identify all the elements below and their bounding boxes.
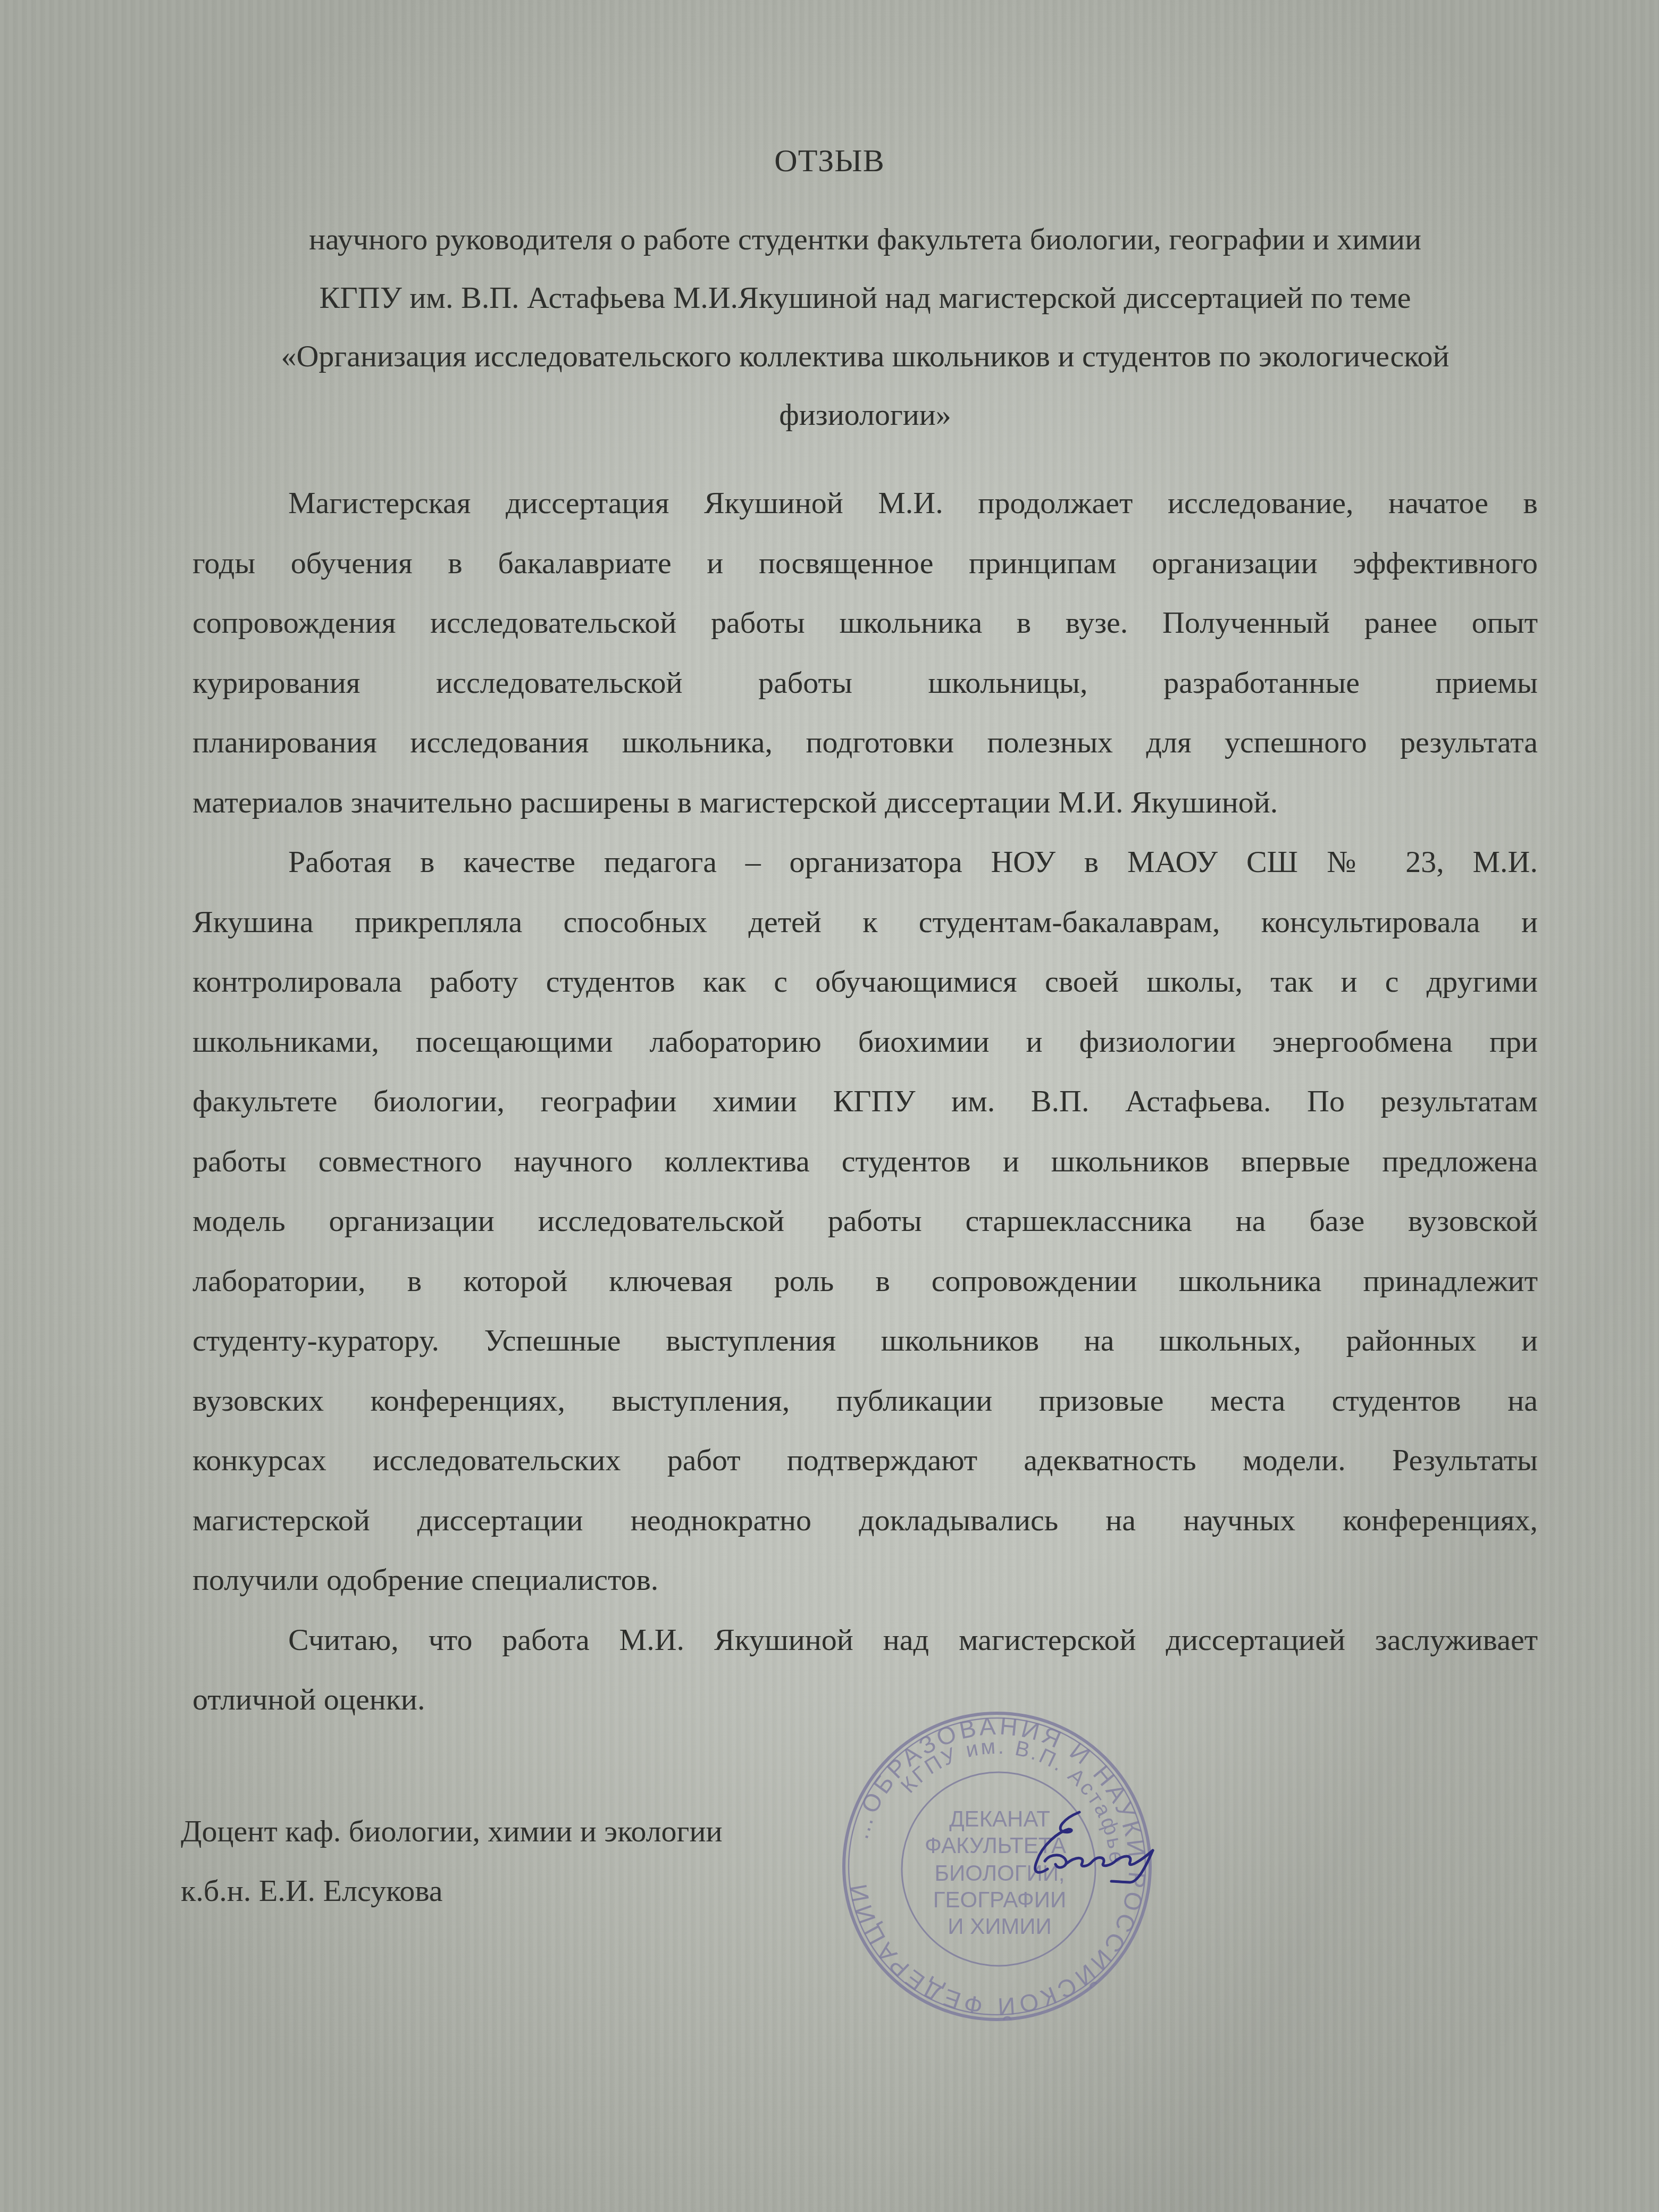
document-title: ОТЗЫВ (0, 139, 1659, 182)
text-line: модель организации исследовательской раб… (192, 1191, 1538, 1251)
text-line: студенту-куратору. Успешные выступления … (192, 1311, 1538, 1371)
subtitle-line: «Организация исследовательского коллекти… (192, 327, 1538, 386)
handwritten-signature-icon (1026, 1808, 1164, 1909)
text-line: вузовских конференциях, выступления, пуб… (192, 1371, 1538, 1431)
subtitle-line: КГПУ им. В.П. Астафьева М.И.Якушиной над… (192, 269, 1538, 327)
text-line: материалов значительно расширены в магис… (192, 773, 1538, 833)
text-line: Якушина прикрепляла способных детей к ст… (192, 892, 1538, 952)
subtitle-line: физиологии» (192, 386, 1538, 444)
text-line: контролировала работу студентов как с об… (192, 952, 1538, 1012)
text-line: сопровождения исследовательской работы ш… (192, 593, 1538, 653)
paragraph-2: Работая в качестве педагога – организато… (192, 832, 1538, 1610)
text-line: конкурсах исследовательских работ подтве… (192, 1430, 1538, 1490)
signatory-name: к.б.н. Е.И. Елсукова (181, 1861, 722, 1921)
text-line: годы обучения в бакалавриате и посвященн… (192, 533, 1538, 593)
text-line: магистерской диссертации неоднократно до… (192, 1490, 1538, 1551)
document-page: ОТЗЫВ научного руководителя о работе сту… (0, 0, 1659, 2212)
subtitle-line: научного руководителя о работе студентки… (192, 210, 1538, 269)
stamp-center-line: И ХИМИИ (948, 1914, 1051, 1939)
paragraph-1: Магистерская диссертация Якушиной М.И. п… (192, 473, 1538, 832)
text-line: лаборатории, в которой ключевая роль в с… (192, 1251, 1538, 1311)
document-body: Магистерская диссертация Якушиной М.И. п… (192, 473, 1538, 1730)
text-line: Магистерская диссертация Якушиной М.И. п… (192, 473, 1538, 533)
text-line: получили одобрение специалистов. (192, 1550, 1538, 1610)
text-line: Считаю, что работа М.И. Якушиной над маг… (192, 1610, 1538, 1670)
signatory-block: Доцент каф. биологии, химии и экологии к… (181, 1802, 722, 1921)
document-subtitle: научного руководителя о работе студентки… (192, 210, 1538, 444)
text-line: факультете биологии, географии химии КГП… (192, 1071, 1538, 1132)
text-line: курирования исследовательской работы шко… (192, 653, 1538, 713)
signatory-position: Доцент каф. биологии, химии и экологии (181, 1802, 722, 1861)
text-line: школьниками, посещающими лабораторию био… (192, 1012, 1538, 1072)
text-line: Работая в качестве педагога – организато… (192, 832, 1538, 892)
text-line: планирования исследования школьника, под… (192, 713, 1538, 773)
text-line: работы совместного научного коллектива с… (192, 1132, 1538, 1192)
